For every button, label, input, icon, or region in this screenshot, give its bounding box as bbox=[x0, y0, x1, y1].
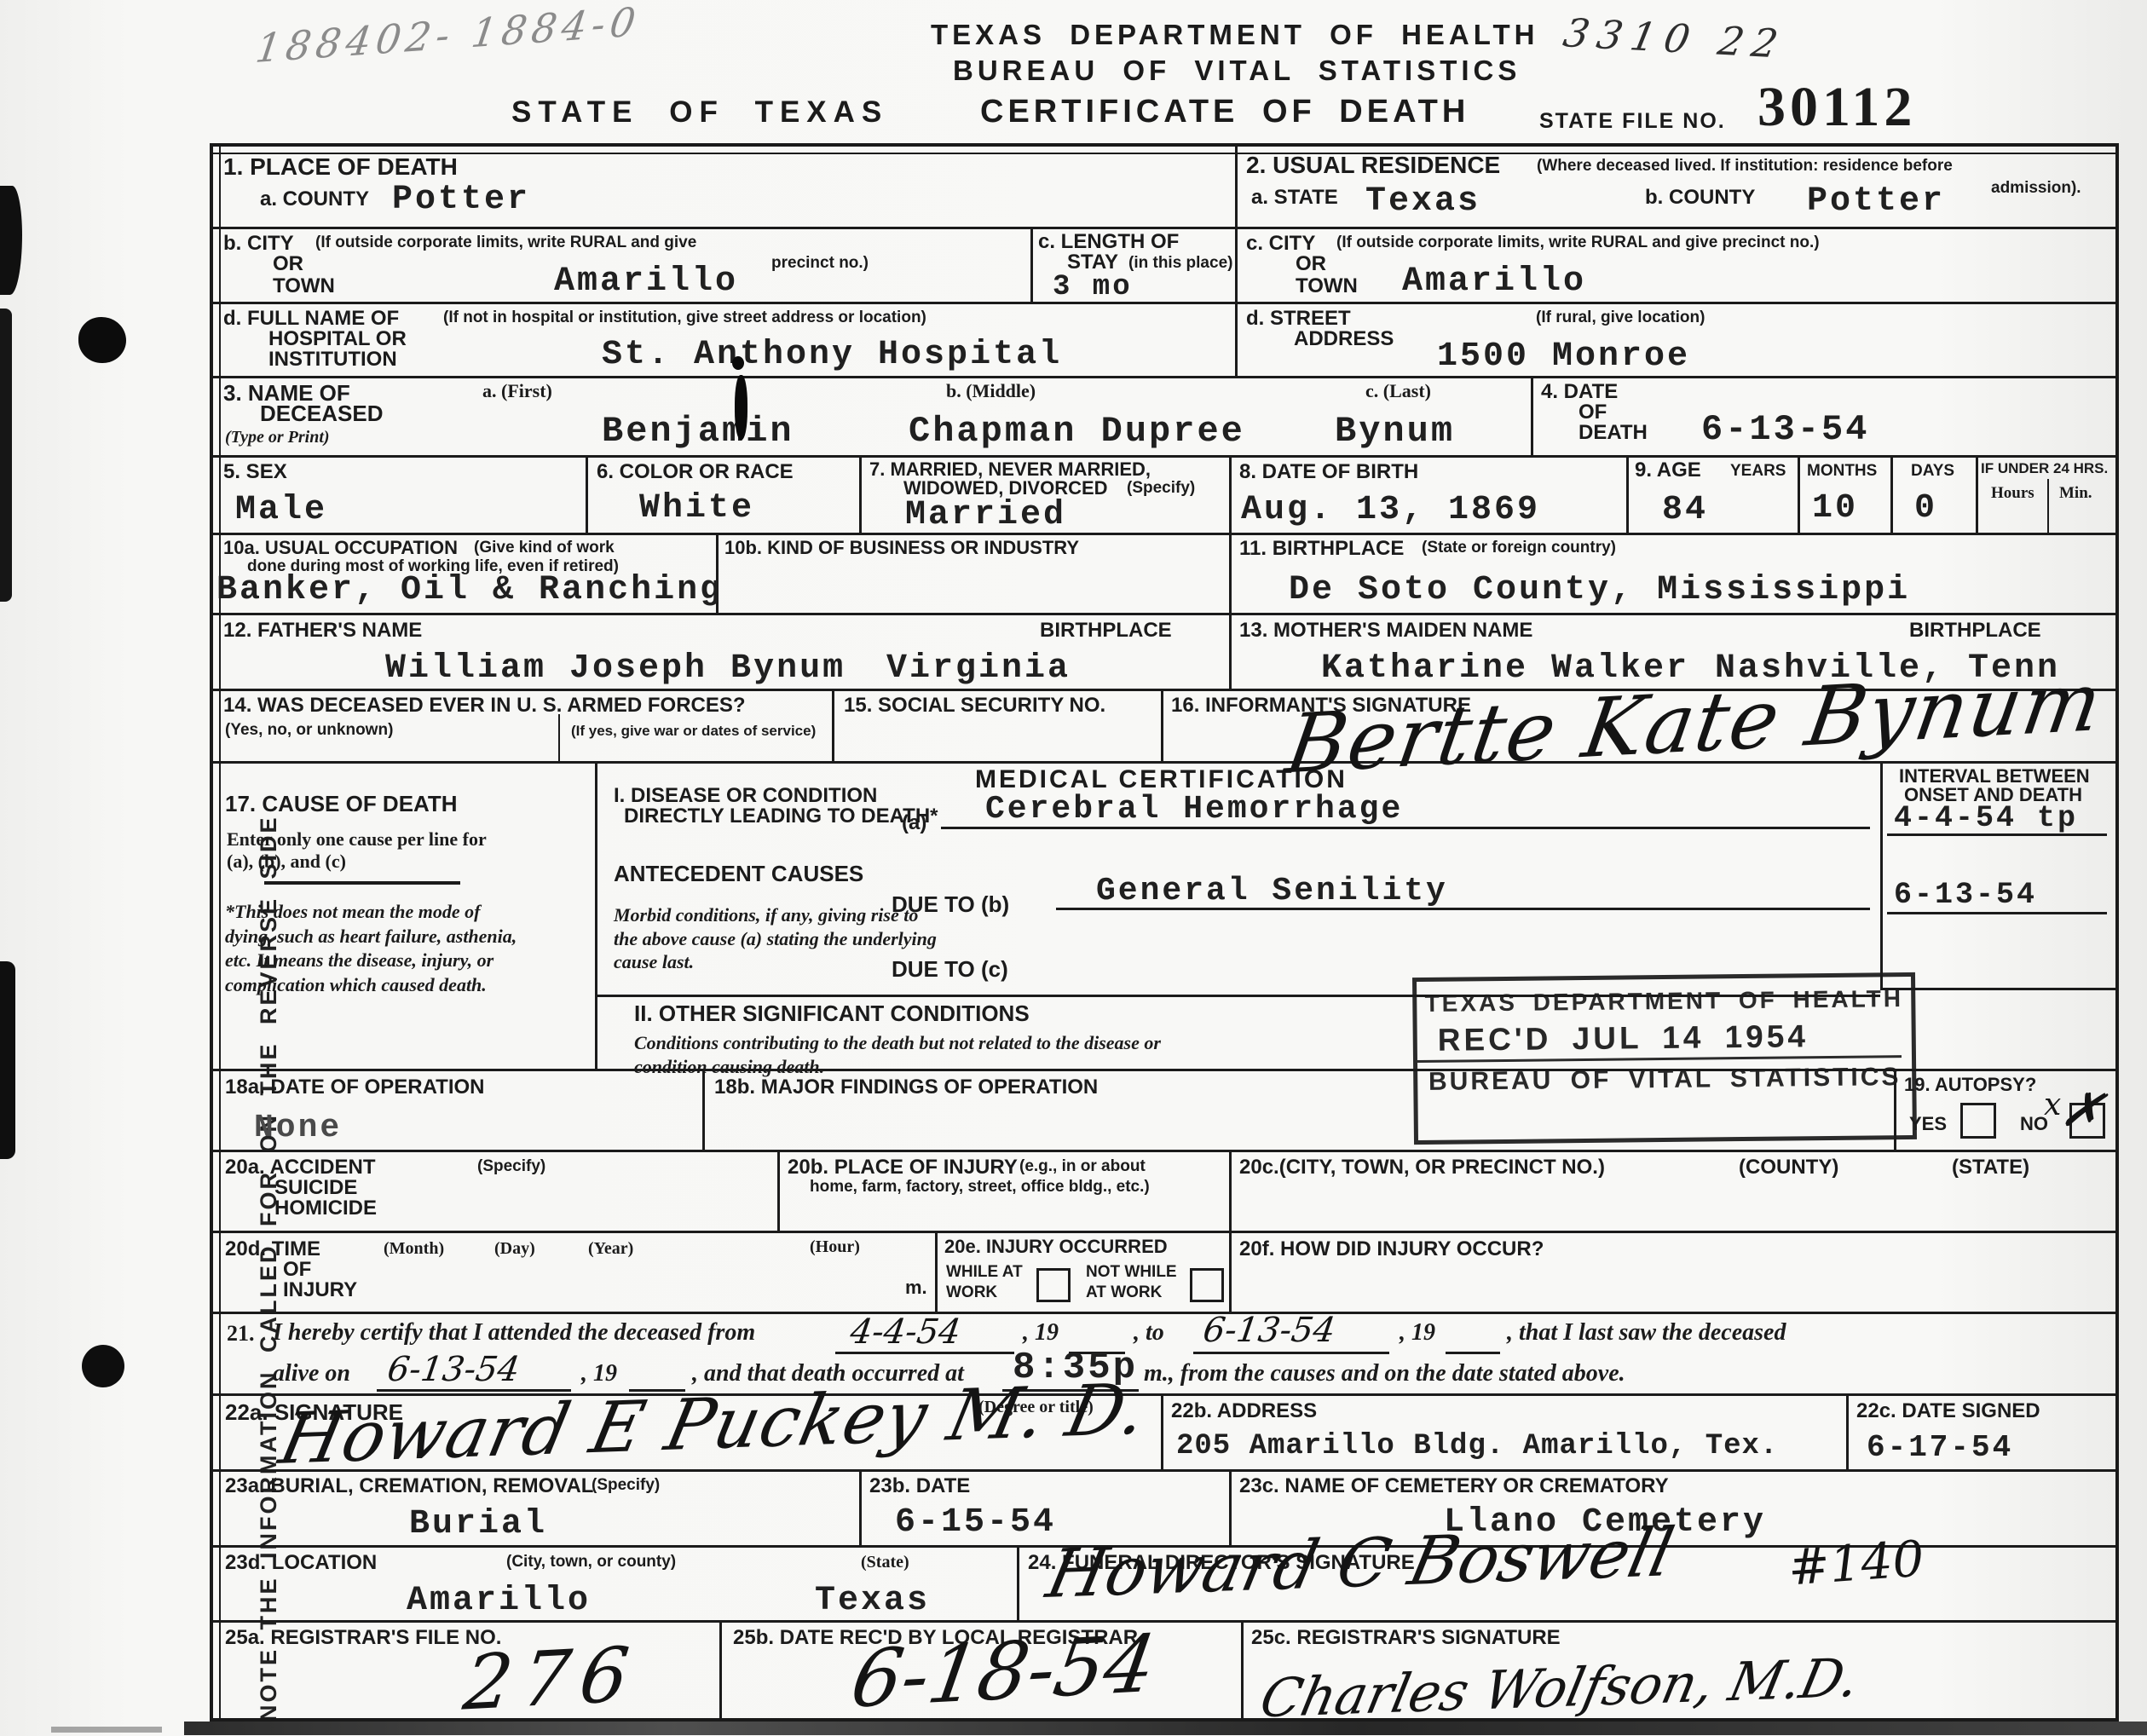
certify-19a: , 19 bbox=[1023, 1319, 1059, 1347]
grid-line bbox=[1235, 147, 1238, 376]
grid-line bbox=[1880, 988, 2115, 990]
how-injury-label: 20f. HOW DID INJURY OCCUR? bbox=[1239, 1237, 1544, 1261]
industry-label: 10b. KIND OF BUSINESS OR INDUSTRY bbox=[724, 537, 1079, 559]
pen-annotation: 3310 22 bbox=[1560, 9, 1790, 66]
certify-19c: , 19 bbox=[581, 1360, 617, 1387]
county-value: Potter bbox=[392, 181, 530, 219]
stay-value: 3 mo bbox=[1053, 271, 1133, 303]
not-while-label: NOT WHILE bbox=[1086, 1263, 1177, 1282]
cause-b-value: General Senility bbox=[1096, 873, 1448, 909]
grid-line bbox=[1446, 1352, 1500, 1354]
hospital-label3: INSTITUTION bbox=[268, 348, 397, 372]
registrar-signature: Charles Wolfson, M.D. bbox=[1255, 1646, 1865, 1729]
scanner-edge-mark bbox=[0, 186, 22, 295]
funeral-director-signature: Howard C Boswell bbox=[1041, 1514, 1681, 1613]
age-months-label: MONTHS bbox=[1807, 462, 1877, 481]
grid-line bbox=[935, 1231, 938, 1312]
street-paren: (If rural, give location) bbox=[1536, 309, 1705, 327]
last-name-value: Bynum bbox=[1335, 411, 1455, 452]
sex-label: 5. SEX bbox=[223, 460, 287, 484]
county-label: a. COUNTY bbox=[260, 187, 369, 211]
stamp-line1: TEXAS DEPARTMENT OF HEALTH bbox=[1417, 985, 1911, 1018]
grid-line bbox=[1890, 455, 1893, 533]
stamp-line3: BUREAU OF VITAL STATISTICS bbox=[1417, 1063, 1912, 1097]
antecedent-label: ANTECEDENT CAUSES bbox=[614, 861, 863, 887]
grid-line bbox=[586, 455, 588, 533]
certify-to-date: 6-13-54 bbox=[1201, 1311, 1338, 1350]
physician-address-label: 22b. ADDRESS bbox=[1171, 1399, 1317, 1423]
death-certificate-scan: 188402- 1884-0 TEXAS DEPARTMENT OF HEALT… bbox=[0, 0, 2147, 1736]
place-of-injury-paren: (e.g., in or about bbox=[1019, 1157, 1146, 1176]
grid-line bbox=[1798, 455, 1800, 533]
grid-line bbox=[859, 1469, 862, 1545]
residence-county-value: Potter bbox=[1807, 182, 1945, 221]
cause-c-label: DUE TO (c) bbox=[892, 956, 1008, 983]
stay-paren: (in this place) bbox=[1128, 254, 1232, 273]
grid-line bbox=[859, 455, 862, 533]
hospital-paren: (If not in hospital or institution, give… bbox=[443, 309, 926, 327]
street-value: 1500 Monroe bbox=[1437, 337, 1690, 376]
min-label: Min. bbox=[2059, 484, 2092, 503]
certify-text-post1: , that I last saw the deceased bbox=[1507, 1319, 1786, 1347]
cause-note2: *This does not mean the mode of dying, s… bbox=[225, 900, 519, 997]
name-title2: DECEASED bbox=[260, 401, 383, 427]
grid-line bbox=[213, 1150, 2115, 1152]
occupation-paren: (Give kind of work bbox=[474, 539, 615, 557]
funeral-director-number: #140 bbox=[1786, 1530, 1926, 1597]
residence-town-label: TOWN bbox=[1296, 274, 1358, 298]
grid-line bbox=[213, 455, 2115, 458]
certificate-title: CERTIFICATE OF DEATH bbox=[980, 94, 1469, 130]
ink-blot bbox=[732, 356, 744, 370]
cause-a-value: Cerebral Hemorrhage bbox=[985, 791, 1403, 828]
other-conditions-note: Conditions contributing to the death but… bbox=[634, 1031, 1231, 1078]
birthplace-label: 11. BIRTHPLACE bbox=[1239, 537, 1404, 561]
middle-name-value: Chapman Dupree bbox=[909, 411, 1245, 452]
occupation-label: 10a. USUAL OCCUPATION bbox=[223, 537, 458, 559]
interval-value2: 6-13-54 bbox=[1894, 878, 2037, 912]
middle-name-label: b. (Middle) bbox=[946, 380, 1036, 402]
x-mark: ✗ bbox=[2057, 1078, 2108, 1143]
operation-findings-label: 18b. MAJOR FINDINGS OF OPERATION bbox=[714, 1076, 1098, 1099]
year-label: (Year) bbox=[588, 1239, 633, 1259]
certify-19b: , 19 bbox=[1400, 1319, 1435, 1347]
birthplace-value: De Soto County, Mississippi bbox=[1289, 571, 1910, 609]
not-while-at-work-checkbox bbox=[1190, 1268, 1224, 1302]
grid-line bbox=[1880, 761, 1883, 988]
injury-occurred-label: 20e. INJURY OCCURRED bbox=[944, 1236, 1168, 1258]
grid-line bbox=[219, 147, 221, 1718]
registrar-file-label: 25a. REGISTRAR'S FILE NO. bbox=[225, 1626, 501, 1650]
autopsy-yes-checkbox bbox=[1960, 1103, 1996, 1139]
burial-date-value: 6-15-54 bbox=[895, 1503, 1056, 1542]
grid-line bbox=[1017, 1545, 1019, 1620]
location-state-value: Texas bbox=[815, 1582, 930, 1620]
hour-label: (Hour) bbox=[810, 1237, 860, 1257]
certify-alive-date: 6-13-54 bbox=[385, 1350, 522, 1389]
other-conditions-title: II. OTHER SIGNIFICANT CONDITIONS bbox=[634, 1001, 1030, 1027]
grid-line bbox=[1846, 1393, 1849, 1469]
name-title-paren: (Type or Print) bbox=[225, 428, 330, 447]
grid-line bbox=[1193, 1352, 1389, 1354]
armed-forces-paren1: (Yes, no, or unknown) bbox=[225, 721, 393, 740]
pencil-annotation: 188402- 1884-0 bbox=[253, 0, 644, 72]
injury-state-label: (STATE) bbox=[1952, 1156, 2029, 1179]
operation-date-label: 18a. DATE OF OPERATION bbox=[225, 1076, 485, 1099]
registrar-file-value: 276 bbox=[459, 1629, 644, 1727]
grid-line bbox=[1241, 1620, 1244, 1718]
or-label: OR bbox=[273, 252, 303, 276]
x-mark-small: x bbox=[2044, 1087, 2061, 1122]
grid-line bbox=[1161, 689, 1163, 761]
mother-birthplace-label: BIRTHPLACE bbox=[1909, 619, 2041, 643]
date-signed-label: 22c. DATE SIGNED bbox=[1856, 1399, 2040, 1423]
residence-or-label: OR bbox=[1296, 252, 1326, 276]
at-work-label: AT WORK bbox=[1086, 1283, 1162, 1302]
place-of-injury-paren2: home, farm, factory, street, office bldg… bbox=[810, 1178, 1150, 1197]
cause-a-label: (a) bbox=[902, 811, 926, 835]
operation-date-value: None bbox=[254, 1110, 342, 1146]
homicide-label: HOMICIDE bbox=[274, 1197, 377, 1220]
armed-forces-label: 14. WAS DECEASED EVER IN U. S. ARMED FOR… bbox=[223, 694, 746, 718]
m-label: m. bbox=[905, 1277, 927, 1299]
city-value: Amarillo bbox=[554, 262, 738, 301]
injury-county-label: (COUNTY) bbox=[1739, 1156, 1838, 1179]
sex-value: Male bbox=[235, 491, 327, 529]
certify-alive: alive on bbox=[273, 1360, 350, 1387]
work-label: WORK bbox=[946, 1283, 997, 1302]
age-days-label: DAYS bbox=[1911, 462, 1954, 481]
cause-of-death-title: 17. CAUSE OF DEATH bbox=[225, 791, 458, 817]
while-at-work-checkbox bbox=[1036, 1268, 1071, 1302]
marital-paren: (Specify) bbox=[1127, 479, 1195, 498]
location-label: 23d. LOCATION bbox=[225, 1551, 377, 1575]
death-date-label3: DEATH bbox=[1579, 421, 1648, 445]
grid-line bbox=[213, 613, 2115, 615]
certify-to-word: , to bbox=[1134, 1319, 1164, 1347]
grid-line bbox=[777, 1150, 780, 1231]
location-paren: (City, town, or county) bbox=[506, 1553, 676, 1572]
scanner-edge-mark bbox=[0, 961, 15, 1159]
certify-from-date: 4-4-54 bbox=[848, 1312, 963, 1352]
occupation-value: Banker, Oil & Ranching bbox=[216, 571, 723, 609]
grid-line bbox=[213, 1231, 2115, 1233]
month-label: (Month) bbox=[384, 1239, 444, 1259]
grid-line bbox=[595, 761, 597, 1069]
location-state-label: (State) bbox=[861, 1553, 909, 1572]
father-label: 12. FATHER'S NAME bbox=[223, 619, 422, 643]
age-label: 9. AGE bbox=[1635, 459, 1701, 482]
cause-b-label: DUE TO (b) bbox=[892, 891, 1009, 918]
state-file-no-label: STATE FILE NO. bbox=[1539, 109, 1726, 134]
birth-date-value: Aug. 13, 1869 bbox=[1241, 491, 1540, 529]
time-of-injury-label3: INJURY bbox=[283, 1278, 357, 1302]
autopsy-label: 19. AUTOPSY? bbox=[1904, 1074, 2036, 1096]
grid-line bbox=[1531, 376, 1533, 455]
grid-line bbox=[1229, 1231, 1232, 1312]
usual-residence-paren2: admission). bbox=[1991, 179, 2081, 198]
certify-text-pre: I hereby certify that I attended the dec… bbox=[273, 1319, 755, 1347]
residence-county-label: b. COUNTY bbox=[1645, 186, 1755, 210]
grid-line bbox=[702, 1069, 705, 1150]
race-label: 6. COLOR OR RACE bbox=[597, 460, 794, 484]
age-years-value: 84 bbox=[1662, 491, 1708, 529]
grid-line bbox=[835, 1352, 1014, 1354]
hours-label: Hours bbox=[1991, 484, 2034, 503]
grid-line bbox=[1229, 455, 1232, 533]
location-city-value: Amarillo bbox=[407, 1582, 591, 1620]
burial-date-label: 23b. DATE bbox=[869, 1474, 970, 1498]
grid-line bbox=[1976, 455, 1978, 533]
grid-line bbox=[1229, 613, 1232, 689]
disease-label2: DIRECTLY LEADING TO DEATH* bbox=[624, 805, 938, 828]
hospital-value: St. Anthony Hospital bbox=[602, 336, 1062, 374]
hole-punch bbox=[78, 317, 126, 363]
birth-date-label: 8. DATE OF BIRTH bbox=[1239, 460, 1418, 484]
father-name-value: William Joseph Bynum bbox=[385, 649, 846, 688]
grid-line bbox=[719, 1620, 722, 1718]
race-value: White bbox=[639, 489, 754, 528]
grid-line bbox=[1887, 912, 2107, 914]
certificate-form: 1. PLACE OF DEATH a. COUNTY Potter 2. US… bbox=[210, 143, 2119, 1722]
mother-label: 13. MOTHER'S MAIDEN NAME bbox=[1239, 619, 1532, 643]
grid-line bbox=[1030, 227, 1033, 302]
burial-paren: (Specify) bbox=[592, 1476, 660, 1495]
registrar-date-value: 6-18-54 bbox=[846, 1618, 1162, 1726]
street-label2: ADDRESS bbox=[1294, 327, 1394, 351]
grid-line bbox=[1229, 1150, 1232, 1231]
last-name-label: c. (Last) bbox=[1365, 380, 1431, 402]
hole-punch bbox=[82, 1345, 124, 1387]
grid-line bbox=[2047, 479, 2049, 533]
marital-value: Married bbox=[905, 496, 1066, 534]
age-months-value: 10 bbox=[1812, 489, 1858, 528]
physician-address-value: 205 Amarillo Bldg. Amarillo, Tex. bbox=[1176, 1430, 1778, 1462]
residence-city-value: Amarillo bbox=[1402, 262, 1586, 301]
stamp-line2: REC'D JUL 14 1954 bbox=[1417, 1018, 1912, 1058]
ssn-label: 15. SOCIAL SECURITY NO. bbox=[844, 694, 1105, 718]
registrar-signature-label: 25c. REGISTRAR'S SIGNATURE bbox=[1251, 1626, 1561, 1650]
grid-line bbox=[213, 376, 2115, 378]
grid-line bbox=[1056, 908, 1870, 910]
cause-note1: Enter only one cause per line for (a), (… bbox=[227, 828, 508, 874]
header-dept-line2: BUREAU OF VITAL STATISTICS bbox=[953, 55, 1521, 87]
grid-line bbox=[1229, 533, 1232, 613]
burial-value: Burial bbox=[409, 1505, 547, 1543]
first-name-value: Benjamin bbox=[602, 411, 794, 452]
grid-line bbox=[832, 689, 834, 761]
death-date-value: 6-13-54 bbox=[1701, 409, 1869, 450]
grid-line bbox=[213, 1312, 2115, 1314]
usual-residence-title: 2. USUAL RESIDENCE bbox=[1246, 152, 1500, 179]
grid-line bbox=[1887, 833, 2107, 836]
day-label: (Day) bbox=[494, 1239, 535, 1259]
residence-state-value: Texas bbox=[1365, 182, 1480, 221]
town-label: TOWN bbox=[273, 274, 335, 298]
usual-residence-paren: (Where deceased lived. If institution: r… bbox=[1537, 157, 1953, 176]
grid-line bbox=[213, 302, 2115, 304]
grid-line bbox=[1161, 1393, 1163, 1469]
residence-city-paren: (If outside corporate limits, write RURA… bbox=[1336, 234, 1820, 252]
ink-blot bbox=[735, 375, 747, 440]
grid-line bbox=[941, 827, 1870, 829]
father-birthplace-value: Virginia bbox=[886, 649, 1071, 688]
received-stamp: TEXAS DEPARTMENT OF HEALTH REC'D JUL 14 … bbox=[1412, 972, 1917, 1145]
state-file-no: 30112 bbox=[1757, 75, 1916, 140]
city-paren: (If outside corporate limits, write RURA… bbox=[315, 234, 696, 252]
injury-city-label: 20c.(CITY, TOWN, OR PRECINCT NO.) bbox=[1239, 1156, 1605, 1179]
first-name-label: a. (First) bbox=[482, 380, 552, 402]
while-at-label: WHILE AT bbox=[946, 1263, 1023, 1282]
city-paren2: precinct no.) bbox=[771, 254, 869, 273]
header-dept-line1: TEXAS DEPARTMENT OF HEALTH bbox=[931, 19, 1538, 51]
armed-forces-paren2: (If yes, give war or dates of service) bbox=[571, 723, 816, 740]
birthplace-paren: (State or foreign country) bbox=[1422, 539, 1616, 557]
grid-line bbox=[558, 714, 560, 761]
place-of-death-title: 1. PLACE OF DEATH bbox=[223, 153, 458, 181]
interval-value1: 4-4-54 tp bbox=[1894, 801, 2078, 835]
scanner-edge-mark bbox=[0, 309, 12, 602]
grid-line bbox=[213, 227, 2115, 229]
place-of-injury-label: 20b. PLACE OF INJURY bbox=[788, 1156, 1018, 1179]
grid-line bbox=[213, 153, 2115, 154]
certify-number: 21. bbox=[227, 1321, 255, 1347]
bottom-scan-band bbox=[51, 1727, 162, 1733]
date-signed-value: 6-17-54 bbox=[1867, 1430, 2013, 1465]
residence-state-label: a. STATE bbox=[1251, 186, 1338, 210]
certify-text-post2: m., from the causes and on the date stat… bbox=[1144, 1360, 1625, 1387]
grid-line bbox=[213, 533, 2115, 535]
accident-paren: (Specify) bbox=[477, 1157, 545, 1176]
grid-line bbox=[264, 881, 460, 885]
grid-line bbox=[1626, 455, 1629, 533]
grid-line bbox=[213, 1620, 2115, 1623]
father-birthplace-label: BIRTHPLACE bbox=[1040, 619, 1172, 643]
state-of-texas: STATE OF TEXAS bbox=[511, 95, 888, 130]
cemetery-label: 23c. NAME OF CEMETERY OR CREMATORY bbox=[1239, 1474, 1669, 1498]
under-24-label: IF UNDER 24 HRS. bbox=[1981, 460, 2108, 477]
age-days-value: 0 bbox=[1914, 489, 1937, 528]
age-years-label: YEARS bbox=[1730, 462, 1786, 481]
